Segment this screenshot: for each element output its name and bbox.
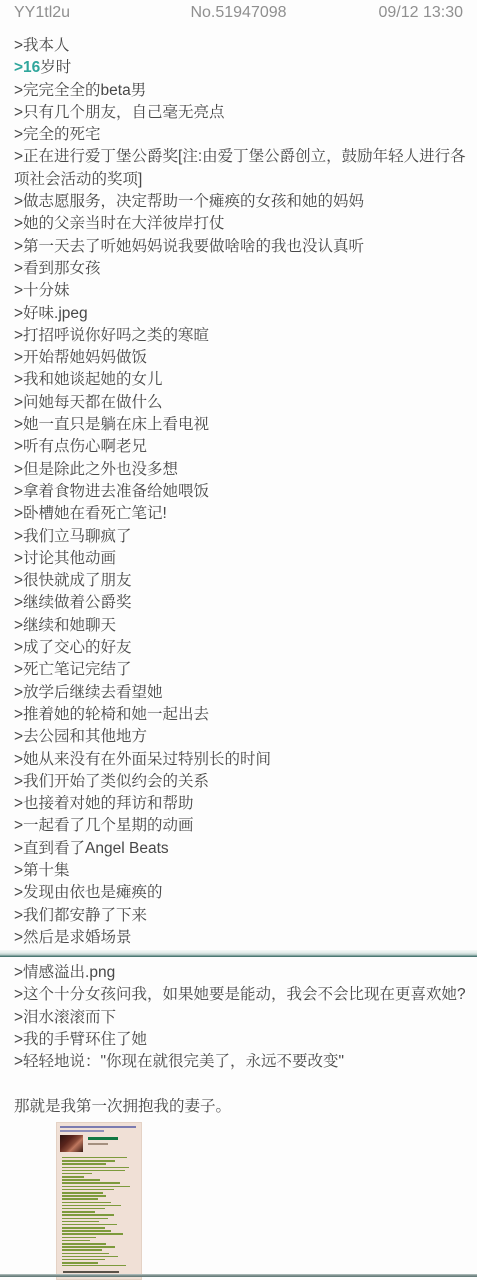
thumb-text-row bbox=[62, 1205, 121, 1207]
thumb-text-row bbox=[62, 1253, 109, 1255]
greentext-line: >我们开始了类似约会的关系 bbox=[14, 771, 471, 793]
thumb-text-row bbox=[62, 1230, 111, 1232]
thumb-text-row bbox=[62, 1265, 126, 1266]
thumb-text-row bbox=[62, 1157, 127, 1159]
thumb-text-row bbox=[62, 1240, 90, 1242]
greentext-line: >16岁时 bbox=[14, 57, 471, 79]
thumb-anime-image bbox=[60, 1135, 83, 1152]
thumb-text-row bbox=[62, 1167, 129, 1169]
thumb-text-row bbox=[62, 1182, 120, 1184]
thumb-poster-name bbox=[88, 1137, 118, 1140]
greentext-line: >第一天去了听她妈妈说我要做啥啥的我也没认真听 bbox=[14, 236, 471, 258]
greentext-line: >完全的死宅 bbox=[14, 124, 471, 146]
post-header: YY1tl2u No.51947098 09/12 13:30 bbox=[0, 0, 477, 23]
thumb-text-row bbox=[62, 1249, 102, 1251]
thumb-text-row bbox=[62, 1233, 123, 1235]
thumb-text-row bbox=[62, 1262, 98, 1264]
greentext-line: >好味.jpeg bbox=[14, 303, 471, 325]
greentext-line: >第十集 bbox=[14, 860, 471, 882]
post-body-part1: >我本人>16岁时>完完全全的beta男>只有几个朋友，自己毫无亮点>完全的死宅… bbox=[0, 35, 477, 949]
greentext-line: >发现由依也是瘫痪的 bbox=[14, 882, 471, 904]
thumb-text-row bbox=[62, 1189, 114, 1191]
screenshot-seam-divider bbox=[0, 950, 477, 957]
thumb-text-row bbox=[62, 1224, 117, 1226]
greentext-line: >这个十分女孩问我，如果她要是能动，我会不会比现在更喜欢她? bbox=[14, 984, 471, 1006]
greentext-line: >也接着对她的拜访和帮助 bbox=[14, 793, 471, 815]
thumb-text-row bbox=[62, 1246, 115, 1248]
thumb-closing-text bbox=[63, 1271, 119, 1273]
thumb-text-row bbox=[62, 1179, 100, 1181]
greentext-line: >听有点伤心啊老兄 bbox=[14, 436, 471, 458]
post-timestamp: 09/12 13:30 bbox=[343, 3, 463, 23]
thumb-text-row bbox=[62, 1214, 114, 1216]
closing-line: 那就是我第一次拥抱我的妻子。 bbox=[0, 1096, 477, 1118]
greentext-line: >她的父亲当时在大洋彼岸打仗 bbox=[14, 213, 471, 235]
thumb-text-row bbox=[62, 1195, 106, 1197]
thumb-fileinfo-text bbox=[60, 1130, 104, 1132]
greentext-line: >我们都安静了下来 bbox=[14, 905, 471, 927]
greentext-line: >我们立马聊疯了 bbox=[14, 526, 471, 548]
greentext-line: >泪水滚滚而下 bbox=[14, 1007, 471, 1029]
thumb-text-row bbox=[62, 1192, 103, 1194]
greentext-line: >卧槽她在看死亡笔记! bbox=[14, 503, 471, 525]
thumb-text-row bbox=[62, 1243, 106, 1245]
greentext-line: >一起看了几个星期的动画 bbox=[14, 815, 471, 837]
thumb-text-row bbox=[62, 1208, 105, 1210]
greentext-line: >开始帮她妈妈做饭 bbox=[14, 347, 471, 369]
thumb-text-row bbox=[62, 1173, 92, 1175]
greentext-line: >我和她谈起她的女儿 bbox=[14, 369, 471, 391]
greentext-line: >正在进行爱丁堡公爵奖[注:由爱丁堡公爵创立，鼓励年轻人进行各项社会活动的奖项] bbox=[14, 146, 471, 191]
greentext-line: >但是除此之外也没多想 bbox=[14, 459, 471, 481]
bottom-seam-divider bbox=[0, 1274, 477, 1277]
greentext-line: >情感溢出.png bbox=[14, 962, 471, 984]
greentext-line: >问她每天都在做什么 bbox=[14, 392, 471, 414]
greentext-line: >她从来没有在外面呆过特别长的时间 bbox=[14, 749, 471, 771]
greentext-line: >我的手臂环住了她 bbox=[14, 1029, 471, 1051]
greentext-line: >去公园和其他地方 bbox=[14, 726, 471, 748]
thumb-text-row bbox=[62, 1170, 125, 1172]
greentext-line: >我本人 bbox=[14, 35, 471, 57]
greentext-line: >看到那女孩 bbox=[14, 258, 471, 280]
poster-id: YY1tl2u bbox=[14, 3, 134, 23]
thumb-greentext-lines bbox=[62, 1157, 136, 1266]
greentext-line: >她一直只是躺在床上看电视 bbox=[14, 414, 471, 436]
greentext-line: >完完全全的beta男 bbox=[14, 80, 471, 102]
greentext-line: >讨论其他动画 bbox=[14, 548, 471, 570]
thumb-text-row bbox=[62, 1259, 105, 1261]
greentext-line: >继续和她聊天 bbox=[14, 615, 471, 637]
greentext-line: >推着她的轮椅和她一起出去 bbox=[14, 704, 471, 726]
thumb-text-row bbox=[62, 1163, 106, 1165]
thumb-text-row bbox=[62, 1160, 115, 1162]
post-number[interactable]: No.51947098 bbox=[134, 3, 343, 23]
greentext-line: >很快就成了朋友 bbox=[14, 570, 471, 592]
thumb-text-row bbox=[62, 1227, 105, 1229]
greentext-line: >放学后继续去看望她 bbox=[14, 682, 471, 704]
greentext-line: >然后是求婚场景 bbox=[14, 927, 471, 949]
greentext-line: >成了交心的好友 bbox=[14, 637, 471, 659]
greentext-line: >打招呼说你好吗之类的寒暄 bbox=[14, 325, 471, 347]
greentext-line: >继续做着公爵奖 bbox=[14, 592, 471, 614]
original-greentext-screenshot bbox=[56, 1122, 142, 1280]
thumb-text-row bbox=[62, 1237, 96, 1239]
thumb-text-row bbox=[62, 1176, 84, 1178]
quote-ref-link[interactable]: >16 bbox=[14, 59, 40, 76]
greentext-line: >只有几个朋友，自己毫无亮点 bbox=[14, 102, 471, 124]
thumb-text-row bbox=[62, 1186, 130, 1188]
thumb-text-row bbox=[62, 1211, 95, 1213]
greentext-line: >拿着食物进去准备给她喂饭 bbox=[14, 481, 471, 503]
thumb-filename-link bbox=[60, 1126, 136, 1128]
greentext-line: >轻轻地说："你现在就很完美了，永远不要改变" bbox=[14, 1051, 471, 1073]
thumb-text-row bbox=[62, 1221, 99, 1223]
thumb-text-row bbox=[62, 1198, 98, 1200]
thumb-text-row bbox=[62, 1218, 108, 1220]
greentext-line: >死亡笔记完结了 bbox=[14, 659, 471, 681]
greentext-line: >直到看了Angel Beats bbox=[14, 838, 471, 860]
attachment-thumbnail[interactable] bbox=[56, 1122, 142, 1280]
greentext-line: >十分妹 bbox=[14, 280, 471, 302]
thumb-post-meta bbox=[88, 1143, 108, 1145]
thumb-text-row bbox=[62, 1256, 118, 1258]
post-body-part2: >情感溢出.png>这个十分女孩问我，如果她要是能动，我会不会比现在更喜欢她?>… bbox=[0, 962, 477, 1073]
thumb-text-row bbox=[62, 1202, 111, 1204]
greentext-line: >做志愿服务，决定帮助一个瘫痪的女孩和她的妈妈 bbox=[14, 191, 471, 213]
